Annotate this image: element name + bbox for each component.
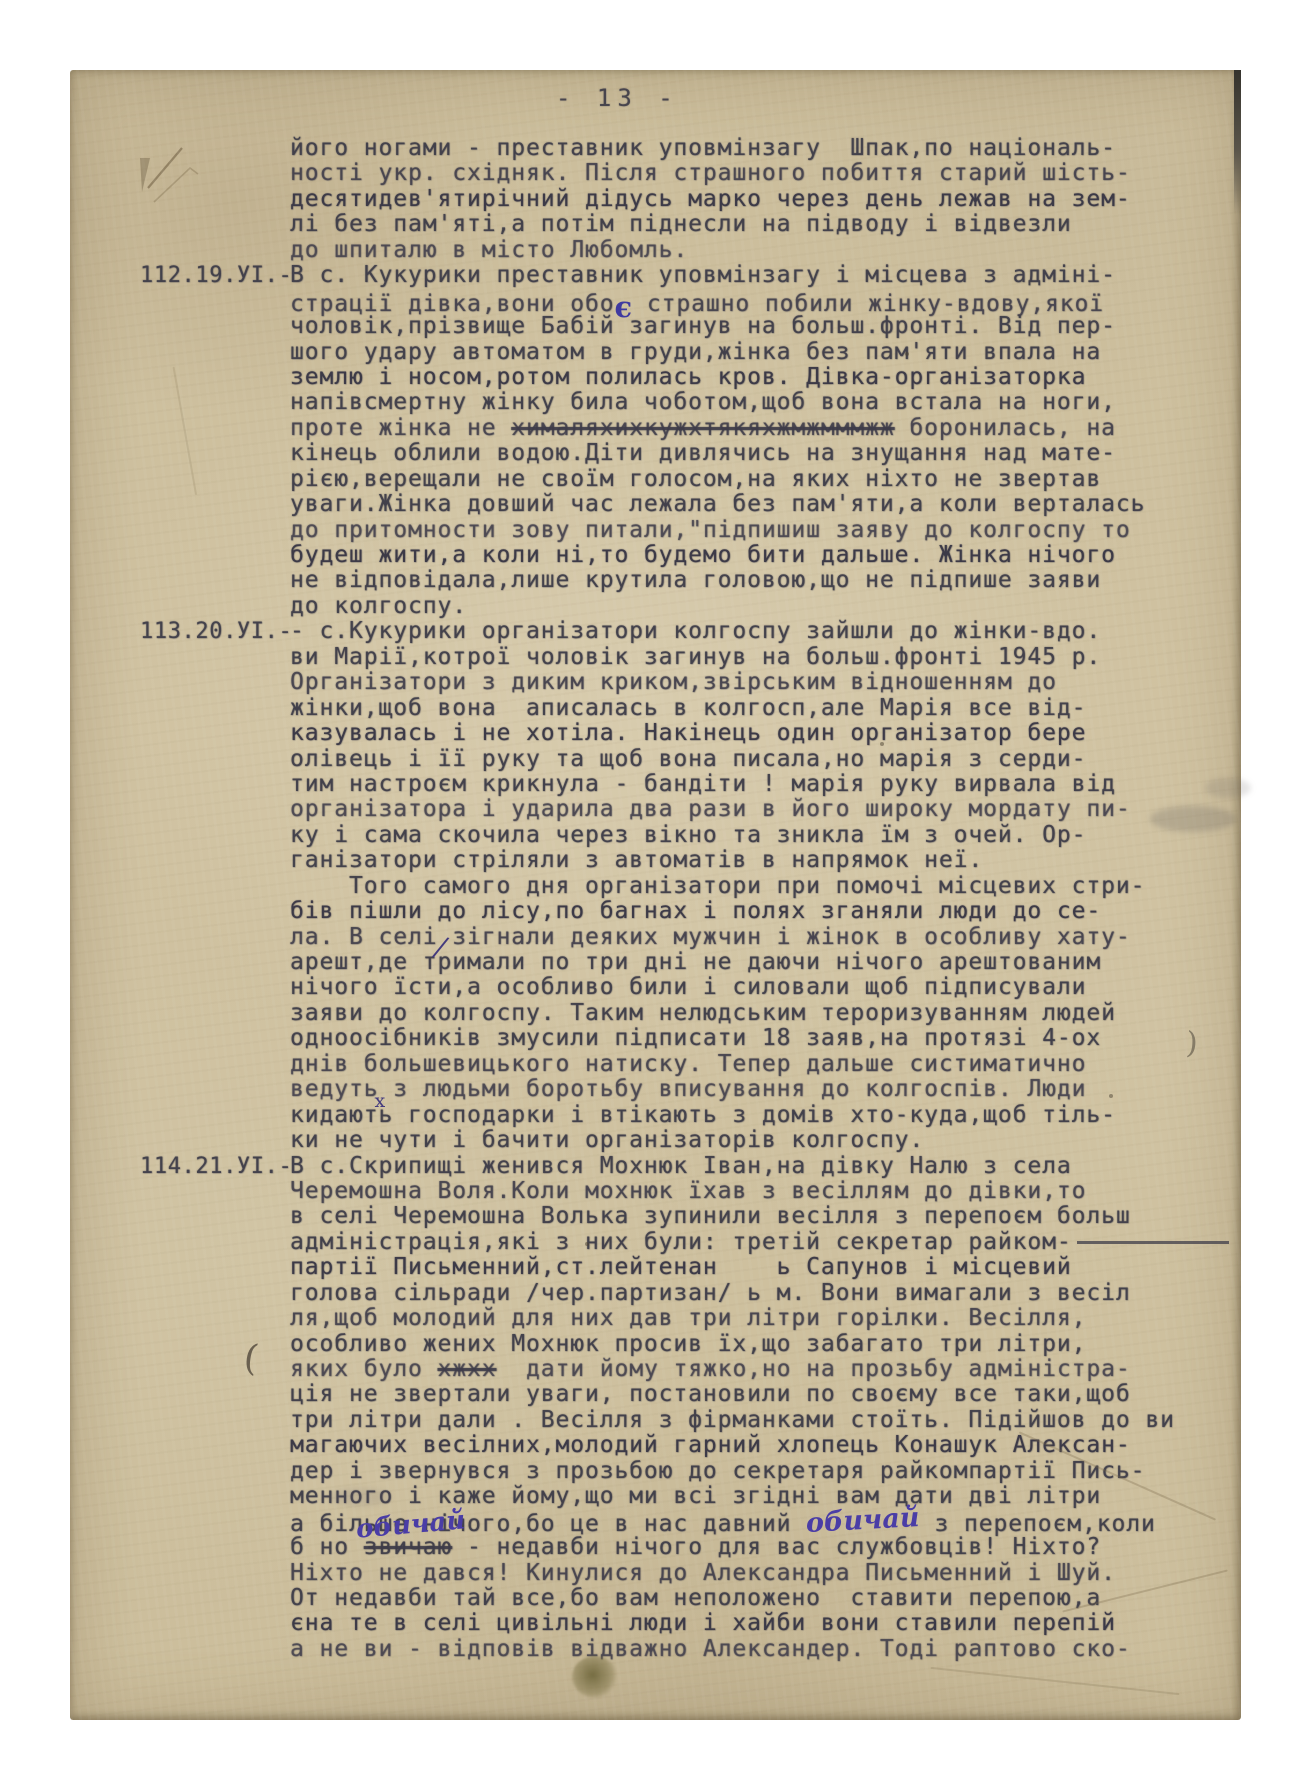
typed-text: арешт,де тримали по три дні не даючи ніч… bbox=[290, 949, 1101, 975]
typed-text: до колгоспу. bbox=[290, 593, 467, 619]
typed-text: боронилась, на bbox=[895, 415, 1116, 441]
typed-text: От недавби тай все,бо вам неположено ста… bbox=[290, 1585, 1101, 1611]
section-line: голова сільради /чер.партизан/ ь м. Вони… bbox=[290, 1281, 1190, 1306]
typed-text: - с.Кукурики організатори колгоспу зайшл… bbox=[290, 618, 1101, 644]
text-line: до шпиталю в місто Любомль. bbox=[290, 238, 1190, 263]
section-line: ла. В селі зігнали деяких мужчин і жінок… bbox=[290, 925, 1190, 950]
typed-text: чоловік,прізвище Бабій загинув на больш.… bbox=[290, 313, 1116, 339]
section-line: тим настроєм крикнула - бандіти ! марія … bbox=[290, 772, 1190, 797]
section-line: арешт,де тримали по три дні не даючи ніч… bbox=[290, 950, 1190, 975]
section-line: землю і носом,ротом полилась кров. Дівка… bbox=[290, 365, 1190, 390]
section-line: От недавби тай все,бо вам неположено ста… bbox=[290, 1586, 1190, 1611]
scanned-document: - 13 - його ногами - преставник уповмінз… bbox=[0, 0, 1311, 1789]
typed-text: ку і сама скочила через вікно та зникла … bbox=[290, 822, 1086, 848]
typed-text: ля,щоб молодий для них дав три літри гор… bbox=[290, 1305, 1086, 1331]
typed-text: яких було bbox=[290, 1356, 437, 1382]
typed-text: ведуть bbox=[290, 1076, 378, 1102]
section-line: ведутьх з людьми боротьбу вписування до … bbox=[290, 1077, 1190, 1102]
section-line: чоловік,прізвище Бабій загинув на больш.… bbox=[290, 314, 1190, 339]
section-line: бів пішли до лісу,по багнах і полях зган… bbox=[290, 899, 1190, 924]
section-line: Організатори з диким криком,звірським ві… bbox=[290, 670, 1190, 695]
section-line: страції дівка,вони обоє страшно побили ж… bbox=[290, 289, 1190, 314]
section-line: Ніхто не дався! Кинулися до Александра П… bbox=[290, 1561, 1190, 1586]
typed-text: менного і каже йому,що ми всі згідні вам… bbox=[290, 1483, 1101, 1509]
section-line: яких було хжхх дати йому тяжко,но на про… bbox=[290, 1357, 1190, 1382]
typed-text: Черемошна Воля.Коли мохнюк їхав з весілл… bbox=[290, 1178, 1086, 1204]
typed-text: ності укр. східняк. Після страшного поби… bbox=[290, 160, 1131, 186]
section-line: єна те в селі цивільні люди і хайби вони… bbox=[290, 1611, 1190, 1636]
typed-text: Організатори з диким криком,звірським ві… bbox=[290, 669, 1057, 695]
section-line: дер і звернувся з прозьбою до секретаря … bbox=[290, 1459, 1190, 1484]
typed-text: лі без пам'яті,а потім піднесли на підво… bbox=[290, 211, 1072, 237]
typed-text: ки не чути і бачити організаторів колгос… bbox=[290, 1127, 924, 1153]
typed-text: до шпиталю в місто Любомль. bbox=[290, 237, 688, 263]
typed-text: партії Письменний,ст.лейтенан ь Сапунов … bbox=[290, 1254, 1072, 1280]
speck bbox=[1109, 1094, 1113, 1098]
typed-text: ла. В селі зігнали деяких мужчин і жінок… bbox=[290, 924, 1131, 950]
stain-spot bbox=[572, 1656, 618, 1698]
speck bbox=[905, 352, 909, 356]
section-line: 113.20.УІ.-- с.Кукурики організатори кол… bbox=[290, 619, 1190, 644]
typed-text: дер і звернувся з прозьбою до секретаря … bbox=[290, 1458, 1145, 1484]
section-line: ки не чути і бачити організаторів колгос… bbox=[290, 1128, 1190, 1153]
smudge bbox=[1150, 806, 1236, 832]
typed-text: не відповідала,лише крутила головою,що н… bbox=[290, 567, 1101, 593]
typed-text: кидають господарки і втікають з домів хт… bbox=[290, 1102, 1116, 1128]
typed-text: Того самого дня організатори при помочі … bbox=[290, 873, 1145, 899]
typed-text: проте жінка не bbox=[290, 415, 511, 441]
section-line: Того самого дня організатори при помочі … bbox=[290, 874, 1190, 899]
section-line: б но звичаюобичай - недавби нічого для в… bbox=[290, 1535, 1190, 1560]
section-line: до притомности зову питали,"підпишиш зая… bbox=[290, 518, 1190, 543]
section-line: заяви до колгоспу. Таким нелюдським теро… bbox=[290, 1001, 1190, 1026]
section-line: 112.19.УІ.-В с. Кукурики преставник упов… bbox=[290, 263, 1190, 288]
typed-text-s: хималяхихкужхтякяхжмжмммжж bbox=[511, 415, 894, 441]
section-line: уваги.Жінка довший час лежала без пам'ят… bbox=[290, 492, 1190, 517]
typed-text: до притомности зову питали,"підпишиш зая… bbox=[290, 517, 1131, 543]
section-line: ви Марії,котрої чоловік загинув на больш… bbox=[290, 645, 1190, 670]
corner-crease bbox=[140, 140, 270, 270]
section-line: менного і каже йому,що ми всі згідні вам… bbox=[290, 1484, 1190, 1509]
typed-text: десятидев'ятирічний дідусь марко через д… bbox=[290, 186, 1131, 212]
typed-text: особливо жених Мохнюк просив їх,що забаг… bbox=[290, 1331, 1086, 1357]
section-line: партії Письменний,ст.лейтенан ь Сапунов … bbox=[290, 1255, 1190, 1280]
text-line: його ногами - преставник уповмінзагу Шпа… bbox=[290, 136, 1190, 161]
section-line: будеш жити,а коли ні,то будемо бити даль… bbox=[290, 543, 1190, 568]
typed-text: В с.Скрипищі женився Мохнюк Іван,на дівк… bbox=[290, 1153, 1072, 1179]
section-line: до колгоспу. bbox=[290, 594, 1190, 619]
section-line: днів большевицького натиску. Тепер дальш… bbox=[290, 1052, 1190, 1077]
section-line: ганізатори стріляли з автоматів в напрям… bbox=[290, 848, 1190, 873]
typed-text: голова сільради /чер.партизан/ ь м. Вони… bbox=[290, 1280, 1131, 1306]
typed-text: нічого їсти,а особливо били і силовали щ… bbox=[290, 974, 1086, 1000]
section-line: ля,щоб молодий для них дав три літри гор… bbox=[290, 1306, 1190, 1331]
section-line: в селі Черемошна Волька зупинили весілля… bbox=[290, 1204, 1190, 1229]
typed-text: ганізатори стріляли з автоматів в напрям… bbox=[290, 847, 983, 873]
smudge bbox=[1205, 778, 1251, 798]
page-number: - 13 - bbox=[556, 84, 679, 112]
section-line: особливо жених Мохнюк просив їх,що забаг… bbox=[290, 1332, 1190, 1357]
typed-text: жінки,щоб вона аписалась в колгосп,але М… bbox=[290, 695, 1086, 721]
typed-text: напівсмертну жінку била чоботом,щоб вона… bbox=[290, 389, 1116, 415]
typed-text: бів пішли до лісу,по багнах і полях зган… bbox=[290, 898, 1101, 924]
typed-text: адміністрація,які з них були: третій сек… bbox=[290, 1229, 1072, 1255]
typed-text: єна те в селі цивільні люди і хайби вони… bbox=[290, 1610, 1116, 1636]
section-number: 112.19.УІ.- bbox=[140, 263, 292, 288]
text-line: ності укр. східняк. Після страшного поби… bbox=[290, 161, 1190, 186]
typed-text: з людьми боротьбу вписування до колгоспі… bbox=[378, 1076, 1086, 1102]
typed-text: з перепоєм,коли bbox=[920, 1511, 1156, 1537]
typed-text: дати йому тяжко,но на прозьбу адміністра… bbox=[496, 1356, 1130, 1382]
typed-text: одноосібників змусили підписати 18 заяв,… bbox=[290, 1025, 1101, 1051]
section-number: 113.20.УІ.- bbox=[140, 619, 292, 644]
typed-text: будеш жити,а коли ні,то будемо бити даль… bbox=[290, 542, 1116, 568]
typed-text-s: хжхх bbox=[437, 1356, 496, 1382]
section-line: магаючих весілних,молодий гарний хлопець… bbox=[290, 1433, 1190, 1458]
speck bbox=[585, 1242, 589, 1246]
typed-text: три літри дали . Весілля з фірманками ст… bbox=[290, 1407, 1175, 1433]
section-line: жінки,щоб вона аписалась в колгосп,але М… bbox=[290, 696, 1190, 721]
section-number: 114.21.УІ.- bbox=[140, 1154, 292, 1179]
section-line: нічого їсти,а особливо били і силовали щ… bbox=[290, 975, 1190, 1000]
scan-edge-shadow bbox=[1234, 70, 1241, 215]
typed-text: В с. Кукурики преставник уповмінзагу і м… bbox=[290, 262, 1116, 288]
section-line: Черемошна Воля.Коли мохнюк їхав з весілл… bbox=[290, 1179, 1190, 1204]
typed-text: його ногами - преставник уповмінзагу Шпа… bbox=[290, 135, 1116, 161]
speck bbox=[880, 742, 884, 746]
typed-text: шого удару автоматом в груди,жінка без п… bbox=[290, 339, 1101, 365]
typed-text: а не ви - відповів відважно Александер. … bbox=[290, 1636, 1131, 1662]
section-line: казувалась і не хотіла. Накінець один ор… bbox=[290, 721, 1190, 746]
typed-text: днів большевицького натиску. Тепер дальш… bbox=[290, 1051, 1086, 1077]
section-line: шого удару автоматом в груди,жінка без п… bbox=[290, 340, 1190, 365]
pen-mark-right-paren: ) bbox=[1185, 1026, 1199, 1062]
typed-text: в селі Черемошна Волька зупинили весілля… bbox=[290, 1203, 1131, 1229]
typed-text: казувалась і не хотіла. Накінець один ор… bbox=[290, 720, 1086, 746]
section-line: ція не звертали уваги, постановили по св… bbox=[290, 1382, 1190, 1407]
section-line: а не ви - відповів відважно Александер. … bbox=[290, 1637, 1190, 1662]
typed-text: заяви до колгоспу. Таким нелюдським теро… bbox=[290, 1000, 1116, 1026]
typed-text: організатора і ударила два рази в його ш… bbox=[290, 796, 1131, 822]
section-line: кидають господарки і втікають з домів хт… bbox=[290, 1103, 1190, 1128]
section-line: не відповідала,лише крутила головою,що н… bbox=[290, 568, 1190, 593]
typed-text: землю і носом,ротом полилась кров. Дівка… bbox=[290, 364, 1086, 390]
section-line: ку і сама скочила через вікно та зникла … bbox=[290, 823, 1190, 848]
section-line: три літри дали . Весілля з фірманками ст… bbox=[290, 1408, 1190, 1433]
typed-text: магаючих весілних,молодий гарний хлопець… bbox=[290, 1432, 1131, 1458]
typed-text: ви Марії,котрої чоловік загинув на больш… bbox=[290, 644, 1101, 670]
smudge bbox=[330, 1488, 390, 1506]
section-line: олівець і її руку та щоб вона писала,но … bbox=[290, 747, 1190, 772]
typed-text: тим настроєм крикнула - бандіти ! марія … bbox=[290, 771, 1116, 797]
section-line: одноосібників змусили підписати 18 заяв,… bbox=[290, 1026, 1190, 1051]
typed-text: ція не звертали уваги, постановили по св… bbox=[290, 1381, 1131, 1407]
section-line: напівсмертну жінку била чоботом,щоб вона… bbox=[290, 390, 1190, 415]
section-line: 114.21.УІ.-В с.Скрипищі женився Мохнюк І… bbox=[290, 1154, 1190, 1179]
section-line: рією,верещали не своїм голосом,на яких н… bbox=[290, 467, 1190, 492]
typed-text: кінець облили водою.Діти дивлячись на зн… bbox=[290, 440, 1116, 466]
section-line: кінець облили водою.Діти дивлячись на зн… bbox=[290, 441, 1190, 466]
section-line: адміністрація,які з них були: третій сек… bbox=[290, 1230, 1190, 1255]
typed-text: б но bbox=[290, 1534, 364, 1560]
text-line: лі без пам'яті,а потім піднесли на підво… bbox=[290, 212, 1190, 237]
typed-text-h: обичай bbox=[805, 1505, 920, 1536]
typed-text: рією,верещали не своїм голосом,на яких н… bbox=[290, 466, 1101, 492]
typed-text: уваги.Жінка довший час лежала без пам'ят… bbox=[290, 491, 1145, 517]
corrected-word: звичаюобичай bbox=[364, 1535, 452, 1560]
text-line: десятидев'ятирічний дідусь марко через д… bbox=[290, 187, 1190, 212]
typed-text: олівець і її руку та щоб вона писала,но … bbox=[290, 746, 1086, 772]
typed-text: Ніхто не дався! Кинулися до Александра П… bbox=[290, 1560, 1116, 1586]
section-line: організатора і ударила два рази в його ш… bbox=[290, 797, 1190, 822]
typed-text: - недавби нічого для вас службовців! Ніх… bbox=[452, 1534, 1101, 1560]
text-body: його ногами - преставник уповмінзагу Шпа… bbox=[290, 136, 1190, 1662]
typed-text-rule bbox=[1077, 1241, 1229, 1244]
section-line: проте жінка не хималяхихкужхтякяхжмжмммж… bbox=[290, 416, 1190, 441]
